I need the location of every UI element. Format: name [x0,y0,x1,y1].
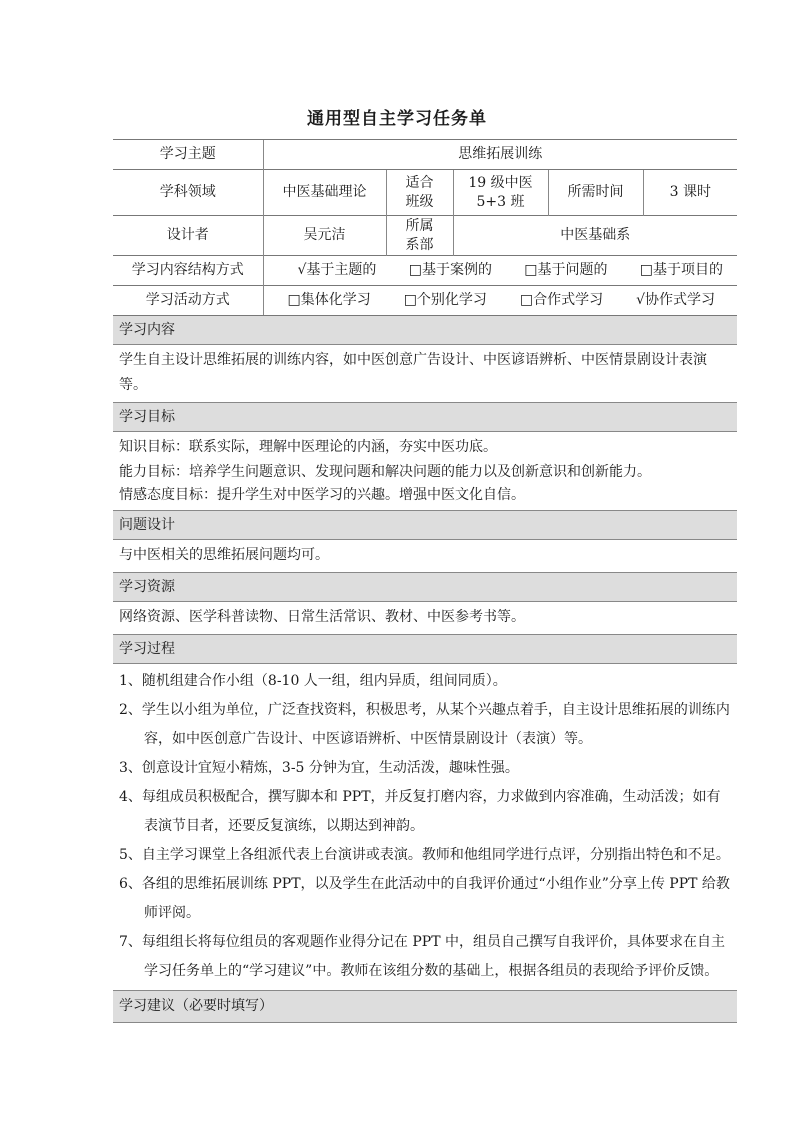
activity-label: 学习活动方式 [113,286,263,316]
time-value: 3 课时 [643,170,737,216]
process-step-5: 5、自主学习课堂上各组派代表上台演讲或表演。教师和他组同学进行点评，分别指出特色… [119,841,731,870]
dept-value: 中医基础系 [453,216,737,256]
subject-label: 学科领域 [113,170,263,216]
subject-value: 中医基础理论 [263,170,386,216]
dept-label: 所属系部 [386,216,453,256]
section-heading-resources: 学习资源 [113,572,737,602]
process-step-1: 1、随机组建合作小组（8-10 人一组，组内异质，组间同质）。 [119,667,731,696]
structure-option-case[interactable]: □基于案例的 [409,261,492,280]
section-heading-content: 学习内容 [113,316,737,345]
process-step-2: 2、学生以小组为单位，广泛查找资料，积极思考，从某个兴趣点着手，自主设计思维拓展… [119,696,731,754]
row-activity: 学习活动方式 □集体化学习 □个别化学习 □合作式学习 √协作式学习 [113,286,737,316]
process-step-4: 4、每组成员积极配合，撰写脚本和 PPT，并反复打磨内容，力求做到内容准确，生动… [119,783,731,841]
section-body-problem: 与中医相关的思维拓展问题均可。 [113,540,737,572]
section-heading-process: 学习过程 [113,634,737,664]
task-sheet: 学习主题 思维拓展训练 学科领域 中医基础理论 适合班级 19 级中医 5+3 … [113,139,737,1023]
process-step-3: 3、创意设计宜短小精炼，3-5 分钟为宜，生动活泼，趣味性强。 [119,754,731,783]
row-structure: 学习内容结构方式 √基于主题的 □基于案例的 □基于问题的 □基于项目的 [113,256,737,286]
topic-label: 学习主题 [113,140,263,170]
class-label: 适合班级 [386,170,453,216]
structure-option-theme[interactable]: √基于主题的 [298,261,377,280]
activity-option-individual[interactable]: □个别化学习 [404,291,487,310]
section-body-content: 学生自主设计思维拓展的训练内容，如中医创意广告设计、中医谚语辨析、中医情景剧设计… [113,345,737,402]
structure-label: 学习内容结构方式 [113,256,263,286]
goal-ability: 能力目标：培养学生问题意识、发现问题和解决问题的能力以及创新意识和创新能力。 [119,460,731,485]
row-designer: 设计者 吴元洁 所属系部 中医基础系 [113,216,737,256]
goal-knowledge: 知识目标：联系实际，理解中医理论的内涵，夯实中医功底。 [119,435,731,460]
document-title: 通用型自主学习任务单 [0,104,794,129]
structure-option-project[interactable]: □基于项目的 [640,261,723,280]
designer-label: 设计者 [113,216,263,256]
section-body-process: 1、随机组建合作小组（8-10 人一组，组内异质，组间同质）。 2、学生以小组为… [113,664,737,990]
activity-option-cooperative[interactable]: □合作式学习 [520,291,603,310]
process-step-7: 7、每组组长将每位组员的客观题作业得分记在 PPT 中，组员自己撰写自我评价，具… [119,928,731,986]
structure-option-problem[interactable]: □基于问题的 [524,261,607,280]
process-step-6: 6、各组的思维拓展训练 PPT，以及学生在此活动中的自我评价通过“小组作业”分享… [119,870,731,928]
goal-attitude: 情感态度目标：提升学生对中医学习的兴趣。增强中医文化自信。 [119,485,731,506]
designer-value: 吴元洁 [263,216,386,256]
section-heading-goals: 学习目标 [113,402,737,432]
activity-option-collective[interactable]: □集体化学习 [288,291,371,310]
section-body-resources: 网络资源、医学科普读物、日常生活常识、教材、中医参考书等。 [113,602,737,634]
time-label: 所需时间 [548,170,643,216]
topic-value: 思维拓展训练 [263,140,737,170]
section-body-goals: 知识目标：联系实际，理解中医理论的内涵，夯实中医功底。 能力目标：培养学生问题意… [113,432,737,510]
section-heading-advice: 学习建议（必要时填写） [113,990,737,1023]
section-heading-problem: 问题设计 [113,510,737,540]
activity-option-collaborative[interactable]: √协作式学习 [636,291,715,310]
row-topic: 学习主题 思维拓展训练 [113,140,737,170]
class-value: 19 级中医 5+3 班 [453,170,548,216]
row-subject: 学科领域 中医基础理论 适合班级 19 级中医 5+3 班 所需时间 3 课时 [113,170,737,216]
info-table: 学习主题 思维拓展训练 学科领域 中医基础理论 适合班级 19 级中医 5+3 … [113,139,737,316]
